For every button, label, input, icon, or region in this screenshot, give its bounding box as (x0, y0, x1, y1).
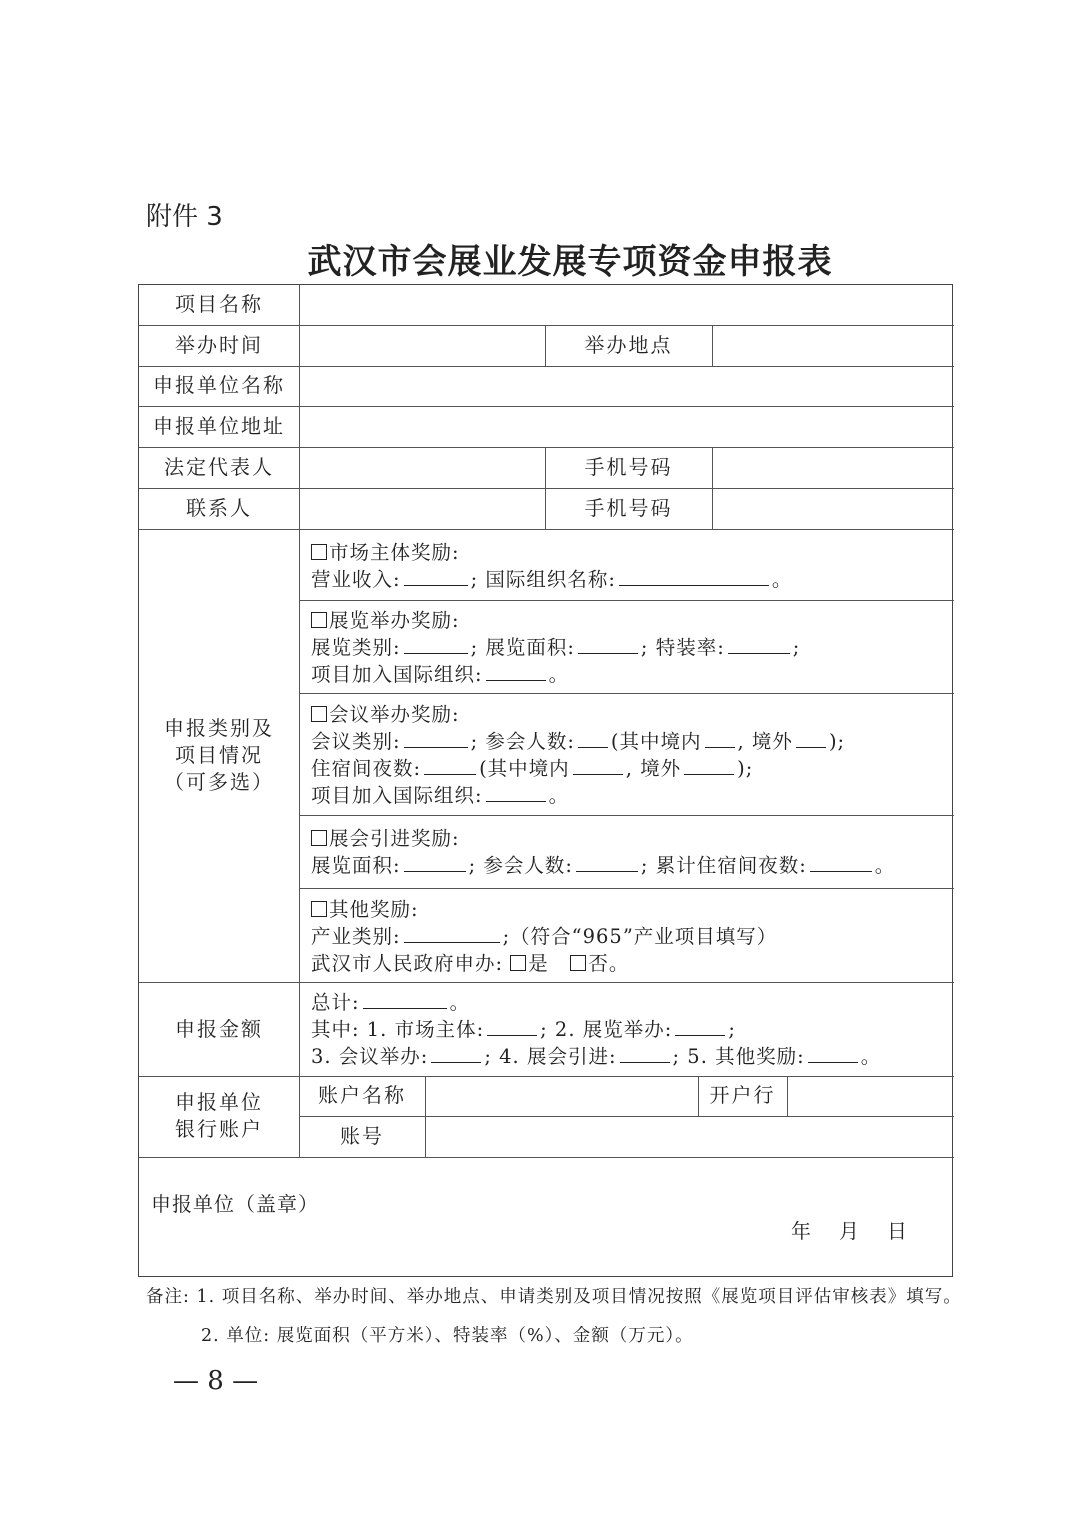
exhibition-reward-option[interactable]: 展览举办奖励: (311, 607, 460, 634)
meeting-line-2: 住宿间夜数:(其中境内, 境外); (311, 755, 753, 782)
text: ; 参会人数: (469, 854, 573, 877)
text: 展览类别: (311, 636, 401, 659)
text: 。 (861, 1045, 882, 1068)
label-category: 申报类别及 项目情况 （可多选） (139, 715, 299, 796)
label-line: （可多选） (139, 769, 299, 796)
blank[interactable] (578, 635, 638, 654)
label-applicant-name: 申报单位名称 (139, 372, 299, 399)
option-title: 市场主体奖励: (329, 541, 460, 564)
text: 其中: 1. 市场主体: (311, 1018, 484, 1041)
introduction-line-1: 展览面积:; 参会人数:; 累计住宿间夜数:。 (311, 852, 895, 879)
page-number: — 8 — (173, 1366, 258, 1396)
blank[interactable] (404, 635, 468, 654)
industry-blank[interactable] (404, 924, 500, 943)
market-checkbox[interactable] (311, 544, 327, 560)
blank[interactable] (684, 756, 734, 775)
attachment-label: 附件 3 (146, 196, 223, 233)
blank[interactable] (620, 1044, 670, 1063)
blank[interactable] (728, 635, 790, 654)
page-title: 武汉市会展业发展专项资金申报表 (0, 234, 1080, 283)
exhibition-checkbox[interactable] (311, 612, 327, 628)
option-title: 展会引进奖励: (329, 827, 460, 850)
meeting-line-3: 项目加入国际组织:。 (311, 782, 569, 809)
application-form: 项目名称 举办时间 举办地点 申报单位名称 申报单位地址 法定代表人 手机号码 … (138, 284, 953, 1277)
text: 产业类别: (311, 925, 401, 948)
text: , 境外 (626, 757, 681, 780)
revenue-blank[interactable] (404, 567, 468, 586)
blank[interactable] (431, 1044, 481, 1063)
blank[interactable] (675, 1017, 725, 1036)
blank[interactable] (808, 1044, 858, 1063)
blank[interactable] (796, 729, 826, 748)
label-contact: 联系人 (139, 495, 299, 522)
applicant-name-field[interactable] (301, 369, 951, 405)
bank-name-field[interactable] (790, 1079, 950, 1114)
label-bank: 申报单位 银行账户 (139, 1089, 299, 1143)
text: 展览面积: (311, 854, 401, 877)
blank[interactable] (486, 662, 546, 681)
text: 。 (549, 784, 570, 807)
text: (其中境内 (479, 757, 570, 780)
text: (其中境内 (611, 730, 702, 753)
text: 总计: (311, 991, 360, 1014)
label-mobile-1: 手机号码 (545, 454, 712, 481)
blank[interactable] (404, 853, 466, 872)
label-line: 银行账户 (139, 1116, 299, 1143)
text: , 境外 (738, 730, 793, 753)
hold-time-field[interactable] (301, 328, 543, 364)
total-blank[interactable] (363, 990, 447, 1009)
other-reward-option[interactable]: 其他奖励: (311, 896, 419, 923)
introduction-reward-option[interactable]: 展会引进奖励: (311, 825, 460, 852)
label-line: 项目情况 (139, 742, 299, 769)
text: ; 4. 展会引进: (484, 1045, 616, 1068)
label-applicant-address: 申报单位地址 (139, 413, 299, 440)
label-legal-rep: 法定代表人 (139, 454, 299, 481)
text: ); (829, 730, 845, 753)
text: ; 参会人数: (471, 730, 575, 753)
contact-field[interactable] (301, 491, 543, 527)
label-project-name: 项目名称 (139, 291, 299, 318)
mobile-2-field[interactable] (715, 491, 951, 527)
legal-rep-field[interactable] (301, 450, 543, 486)
blank[interactable] (810, 853, 872, 872)
label-line: 申报类别及 (139, 715, 299, 742)
label-mobile-2: 手机号码 (545, 495, 712, 522)
text: ; 2. 展览举办: (540, 1018, 672, 1041)
text: ;（符合“965”产业项目填写） (503, 925, 778, 948)
note-2: 2. 单位: 展览面积（平方米）、特装率（%）、金额（万元）。 (201, 1322, 694, 1347)
hold-place-field[interactable] (715, 328, 951, 364)
blank[interactable] (578, 729, 608, 748)
text: 是 (528, 952, 549, 975)
applicant-address-field[interactable] (301, 409, 951, 445)
blank[interactable] (487, 1017, 537, 1036)
text: 。 (450, 991, 471, 1014)
meeting-reward-option[interactable]: 会议举办奖励: (311, 701, 460, 728)
meeting-line-1: 会议类别:; 参会人数:(其中境内, 境外); (311, 728, 845, 755)
text: ; (793, 636, 801, 659)
blank[interactable] (576, 853, 638, 872)
blank[interactable] (486, 783, 546, 802)
account-name-field[interactable] (428, 1079, 696, 1114)
label-line: 申报单位 (139, 1089, 299, 1116)
text: 营业收入: (311, 568, 401, 591)
date-label: 年 月 日 (791, 1218, 911, 1245)
other-checkbox[interactable] (311, 901, 327, 917)
exhibition-line-2: 项目加入国际组织:。 (311, 661, 569, 688)
label-hold-place: 举办地点 (545, 332, 712, 359)
label-amount: 申报金额 (139, 1016, 299, 1043)
text: ; 累计住宿间夜数: (641, 854, 807, 877)
text: 。 (549, 663, 570, 686)
option-title: 会议举办奖励: (329, 703, 460, 726)
text: ; 5. 其他奖励: (673, 1045, 805, 1068)
option-title: 展览举办奖励: (329, 609, 460, 632)
label-account-name: 账户名称 (299, 1082, 425, 1109)
no-checkbox[interactable] (570, 955, 586, 971)
text: ; 国际组织名称: (471, 568, 616, 591)
text: 项目加入国际组织: (311, 784, 483, 807)
project-name-field[interactable] (301, 287, 951, 323)
text: 项目加入国际组织: (311, 663, 483, 686)
other-line-2: 武汉市人民政府申办: 是 否。 (311, 950, 629, 977)
label-bank-name: 开户行 (698, 1082, 787, 1109)
market-line-1: 营业收入:; 国际组织名称:。 (311, 566, 792, 593)
text: 。 (772, 568, 793, 591)
blank[interactable] (573, 756, 623, 775)
text: 住宿间夜数: (311, 757, 421, 780)
blank[interactable] (404, 729, 468, 748)
intl-org-name-blank[interactable] (619, 567, 769, 586)
text: 否。 (588, 952, 629, 975)
seal-label: 申报单位（盖章） (151, 1191, 319, 1218)
text: ; 特装率: (641, 636, 725, 659)
meeting-checkbox[interactable] (311, 706, 327, 722)
text: ; 展览面积: (471, 636, 575, 659)
note-1: 备注: 1. 项目名称、举办时间、举办地点、申请类别及项目情况按照《展览项目评估… (146, 1283, 962, 1308)
amount-line-1: 总计:。 (311, 989, 470, 1016)
text: ; (728, 1018, 736, 1041)
blank[interactable] (705, 729, 735, 748)
text: 。 (875, 854, 896, 877)
account-no-field[interactable] (428, 1119, 950, 1154)
introduction-checkbox[interactable] (311, 830, 327, 846)
mobile-1-field[interactable] (715, 450, 951, 486)
label-account-no: 账号 (299, 1123, 425, 1150)
exhibition-line-1: 展览类别:; 展览面积:; 特装率:; (311, 634, 800, 661)
label-hold-time: 举办时间 (139, 332, 299, 359)
text: 3. 会议举办: (311, 1045, 428, 1068)
amount-line-3: 3. 会议举办:; 4. 展会引进:; 5. 其他奖励:。 (311, 1043, 881, 1070)
text: 会议类别: (311, 730, 401, 753)
amount-line-2: 其中: 1. 市场主体:; 2. 展览举办:; (311, 1016, 736, 1043)
text: 武汉市人民政府申办: (311, 952, 503, 975)
yes-checkbox[interactable] (510, 955, 526, 971)
market-reward-option[interactable]: 市场主体奖励: (311, 539, 460, 566)
other-line-1: 产业类别:;（符合“965”产业项目填写） (311, 923, 777, 950)
option-title: 其他奖励: (329, 898, 419, 921)
text: ); (737, 757, 753, 780)
blank[interactable] (424, 756, 476, 775)
